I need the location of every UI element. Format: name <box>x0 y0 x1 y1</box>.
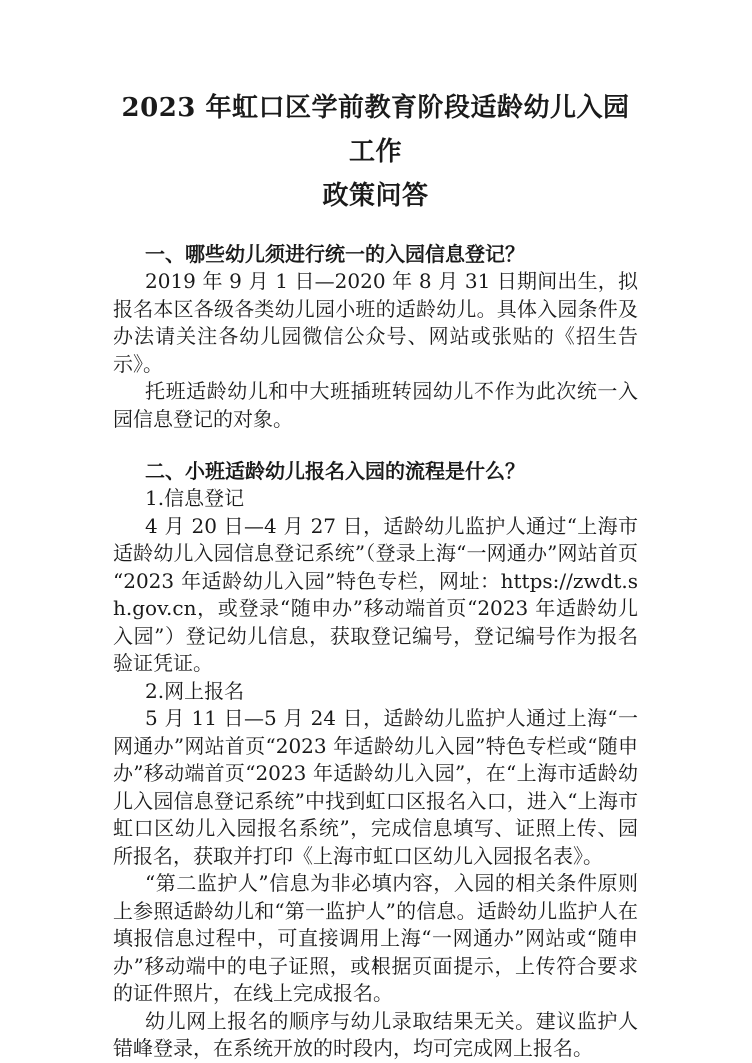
question-2-step-2-paragraph-1: 5 月 11 日—5 月 24 日，适龄幼儿监护人通过上海“一网通办”网站首页“… <box>113 705 638 870</box>
document-page: 2023 年虹口区学前教育阶段适龄幼儿入园工作 政策问答 一、哪些幼儿须进行统一… <box>0 0 752 1063</box>
question-1-paragraph-1: 2019 年 9 月 1 日—2020 年 8 月 31 日期间出生，拟报名本区… <box>113 268 638 378</box>
document-content: 2023 年虹口区学前教育阶段适龄幼儿入园工作 政策问答 一、哪些幼儿须进行统一… <box>113 0 638 1063</box>
document-title: 2023 年虹口区学前教育阶段适龄幼儿入园工作 政策问答 <box>113 86 638 218</box>
document-title-line-2: 政策问答 <box>113 174 638 218</box>
question-2-step-1-paragraph-1: 4 月 20 日—4 月 27 日，适龄幼儿监护人通过“上海市适龄幼儿入园信息登… <box>113 513 638 678</box>
question-2-step-2-paragraph-3: 幼儿网上报名的顺序与幼儿录取结果无关。建议监护人错峰登录，在系统开放的时段内，均… <box>113 1008 638 1063</box>
question-2-step-1-label: 1.信息登记 <box>113 485 638 513</box>
question-1-paragraph-2: 托班适龄幼儿和中大班插班转园幼儿不作为此次统一入园信息登记的对象。 <box>113 378 638 433</box>
document-title-line-1: 2023 年虹口区学前教育阶段适龄幼儿入园工作 <box>113 86 638 174</box>
page-number: 1 <box>0 957 752 973</box>
question-2-step-2-paragraph-2: “第二监护人”信息为非必填内容，入园的相关条件原则上参照适龄幼儿和“第一监护人”… <box>113 870 638 1008</box>
question-2-heading: 二、小班适龄幼儿报名入园的流程是什么？ <box>113 457 638 485</box>
question-1-heading: 一、哪些幼儿须进行统一的入园信息登记？ <box>113 240 638 268</box>
question-2-step-2-label: 2.网上报名 <box>113 678 638 706</box>
